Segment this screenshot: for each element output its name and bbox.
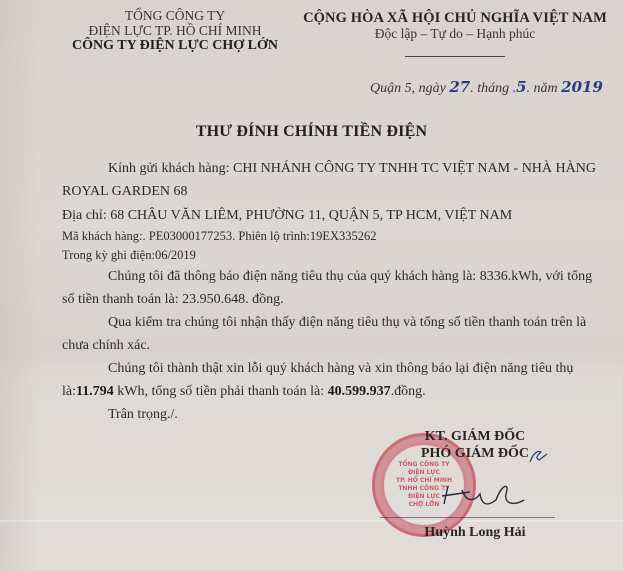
date-line: Quận 5, ngày 27. tháng .5. năm 2019	[370, 78, 603, 97]
date-month-label: . tháng .	[470, 81, 516, 96]
handwritten-signature	[440, 480, 530, 510]
letter-title: THƯ ĐÍNH CHÍNH TIỀN ĐIỆN	[0, 123, 623, 141]
paragraph-3-mid: kWh, tổng số tiền phải thanh toán là:	[114, 384, 328, 399]
recipient: Kính gửi khách hàng: CHI NHÁNH CÔNG TY T…	[62, 157, 607, 203]
header-rule	[405, 56, 505, 57]
signature-underline	[380, 517, 555, 518]
issuer-header: TỔNG CÔNG TY ĐIỆN LỰC TP. HỒ CHÍ MINH CÔ…	[60, 8, 290, 53]
paragraph-3: Chúng tôi thành thật xin lỗi quý khách h…	[62, 357, 607, 403]
issuer-line-2: ĐIỆN LỰC TP. HỒ CHÍ MINH	[60, 23, 290, 38]
date-day: 27	[449, 78, 470, 96]
issuer-line-1: TỔNG CÔNG TY	[60, 8, 290, 23]
nation-header: CỘNG HÒA XÃ HỘI CHỦ NGHĨA VIỆT NAM Độc l…	[290, 10, 620, 57]
initials-mark	[527, 448, 549, 464]
issuer-line-3: CÔNG TY ĐIỆN LỰC CHỢ LỚN	[60, 38, 290, 53]
photo-shadow	[0, 0, 40, 571]
paragraph-1: Chúng tôi đã thông báo điện năng tiêu th…	[62, 265, 607, 311]
letter-body: Kính gửi khách hàng: CHI NHÁNH CÔNG TY T…	[62, 157, 607, 426]
signature-title-1: KT. GIÁM ĐỐC	[395, 428, 555, 445]
closing: Trân trọng./.	[62, 403, 607, 426]
signatory-name: Huỳnh Long Hải	[395, 524, 555, 541]
corrected-kwh: 11.794	[76, 384, 114, 399]
paragraph-2: Qua kiểm tra chúng tôi nhận thấy điện nă…	[62, 311, 607, 357]
corrected-amount: 40.599.937	[328, 384, 391, 399]
nation-motto: Độc lập – Tự do – Hạnh phúc	[290, 26, 620, 42]
letter-page: TỔNG CÔNG TY ĐIỆN LỰC TP. HỒ CHÍ MINH CÔ…	[0, 0, 623, 571]
customer-code: Mã khách hàng:. PE03000177253. Phiên lộ …	[62, 227, 607, 246]
date-year: 2019	[561, 78, 603, 96]
address: Địa chỉ: 68 CHÂU VĂN LIÊM, PHƯỜNG 11, QU…	[62, 204, 607, 227]
billing-period: Trong kỳ ghi điện:06/2019	[62, 246, 607, 265]
date-year-label: . năm	[527, 81, 558, 96]
date-prefix: Quận 5, ngày	[370, 81, 446, 96]
paragraph-3-suffix: .đồng.	[391, 384, 426, 399]
nation-name: CỘNG HÒA XÃ HỘI CHỦ NGHĨA VIỆT NAM	[290, 10, 620, 26]
date-month: 5	[516, 78, 526, 96]
